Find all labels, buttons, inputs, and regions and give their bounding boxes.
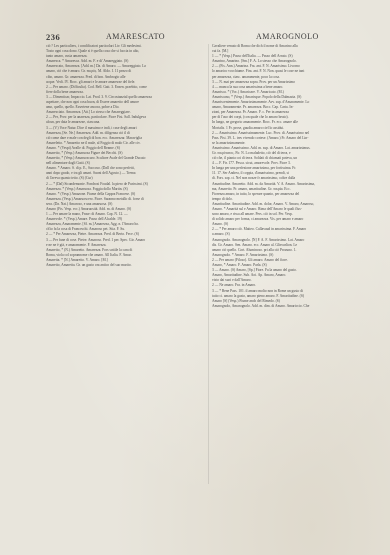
running-header: 236 AMARESCATO AMAROGNOLO (46, 32, 368, 44)
page-number: 236 (46, 32, 60, 42)
left-column: ciò ? Les particuliers, i condificatori … (46, 44, 206, 268)
column-divider (208, 44, 209, 484)
text-line: Amarognolo, Amarognolo. Add. m. dim. di … (212, 304, 374, 309)
right-column: Cavaliere venuto di Roma che dich il nom… (212, 44, 374, 309)
running-head-left: AMARESCATO (106, 32, 165, 41)
running-head-right: AMAROGNOLO (256, 32, 319, 41)
text-line: Amaretto, Amaretta. Gr. un gusto ora ant… (46, 263, 206, 268)
